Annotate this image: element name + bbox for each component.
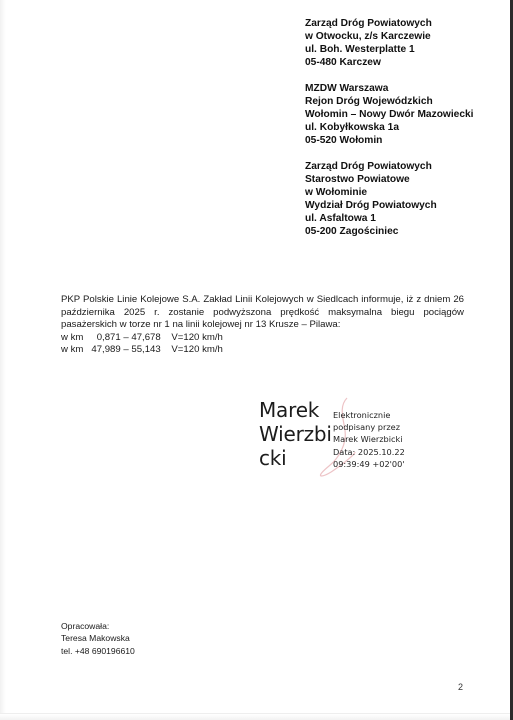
address-line: w Otwocku, z/s Karczewie: [305, 30, 474, 43]
address-line: MZDW Warszawa: [305, 82, 474, 95]
address-line: ul. Asfaltowa 1: [305, 212, 474, 225]
signature-detail-line: podpisany przez: [333, 421, 405, 433]
author-name: Teresa Makowska: [61, 632, 135, 644]
address-line: Rejon Dróg Wojewódzkich: [305, 95, 474, 108]
address-line: Wydział Dróg Powiatowych: [305, 199, 474, 212]
signature-detail-line: Marek Wierzbicki: [333, 433, 405, 445]
address-line: ul. Kobyłkowska 1a: [305, 121, 474, 134]
address-line: Zarząd Dróg Powiatowych: [305, 17, 474, 30]
address-line: Wołomin – Nowy Dwór Mazowiecki: [305, 108, 474, 121]
km-range-line: w km 47,989 – 55,143 V=120 km/h: [61, 344, 464, 357]
letter-body: PKP Polskie Linie Kolejowe S.A. Zakład L…: [61, 294, 464, 357]
address-line: Zarząd Dróg Powiatowych: [305, 160, 474, 173]
address-line: ul. Boh. Westerplatte 1: [305, 43, 474, 56]
signer-name-line: Marek: [259, 398, 332, 422]
electronic-signature[interactable]: Marek Wierzbi cki Elektronicznie podpisa…: [259, 398, 459, 488]
signer-name-line: cki: [259, 446, 332, 470]
signature-detail-line: Elektronicznie: [333, 409, 405, 421]
page-number: 2: [458, 682, 463, 692]
recipient-addresses: Zarząd Dróg Powiatowych w Otwocku, z/s K…: [305, 17, 474, 251]
body-paragraph: PKP Polskie Linie Kolejowe S.A. Zakład L…: [61, 294, 464, 332]
recipient-block-wolomin: Zarząd Dróg Powiatowych Starostwo Powiat…: [305, 160, 474, 238]
recipient-block-karczew: Zarząd Dróg Powiatowych w Otwocku, z/s K…: [305, 17, 474, 69]
signer-name: Marek Wierzbi cki: [259, 398, 332, 470]
signer-name-line: Wierzbi: [259, 422, 332, 446]
km-range-line: w km 0,871 – 47,678 V=120 km/h: [61, 332, 464, 345]
signature-time: 09:39:49 +02'00': [333, 458, 405, 470]
page-edge-left: [0, 0, 6, 720]
address-line: 05-520 Wołomin: [305, 134, 474, 147]
page-edge-bottom: [0, 713, 510, 720]
address-line: Starostwo Powiatowe: [305, 173, 474, 186]
signature-details: Elektronicznie podpisany przez Marek Wie…: [333, 409, 405, 470]
address-line: w Wołominie: [305, 186, 474, 199]
recipient-block-mzdw: MZDW Warszawa Rejon Dróg Wojewódzkich Wo…: [305, 82, 474, 147]
address-line: 05-480 Karczew: [305, 56, 474, 69]
author-phone: tel. +48 690196610: [61, 645, 135, 657]
prepared-by: Opracowała: Teresa Makowska tel. +48 690…: [61, 620, 135, 657]
signature-date: Data: 2025.10.22: [333, 446, 405, 458]
address-line: 05-200 Zagościniec: [305, 225, 474, 238]
prepared-by-label: Opracowała:: [61, 620, 135, 632]
